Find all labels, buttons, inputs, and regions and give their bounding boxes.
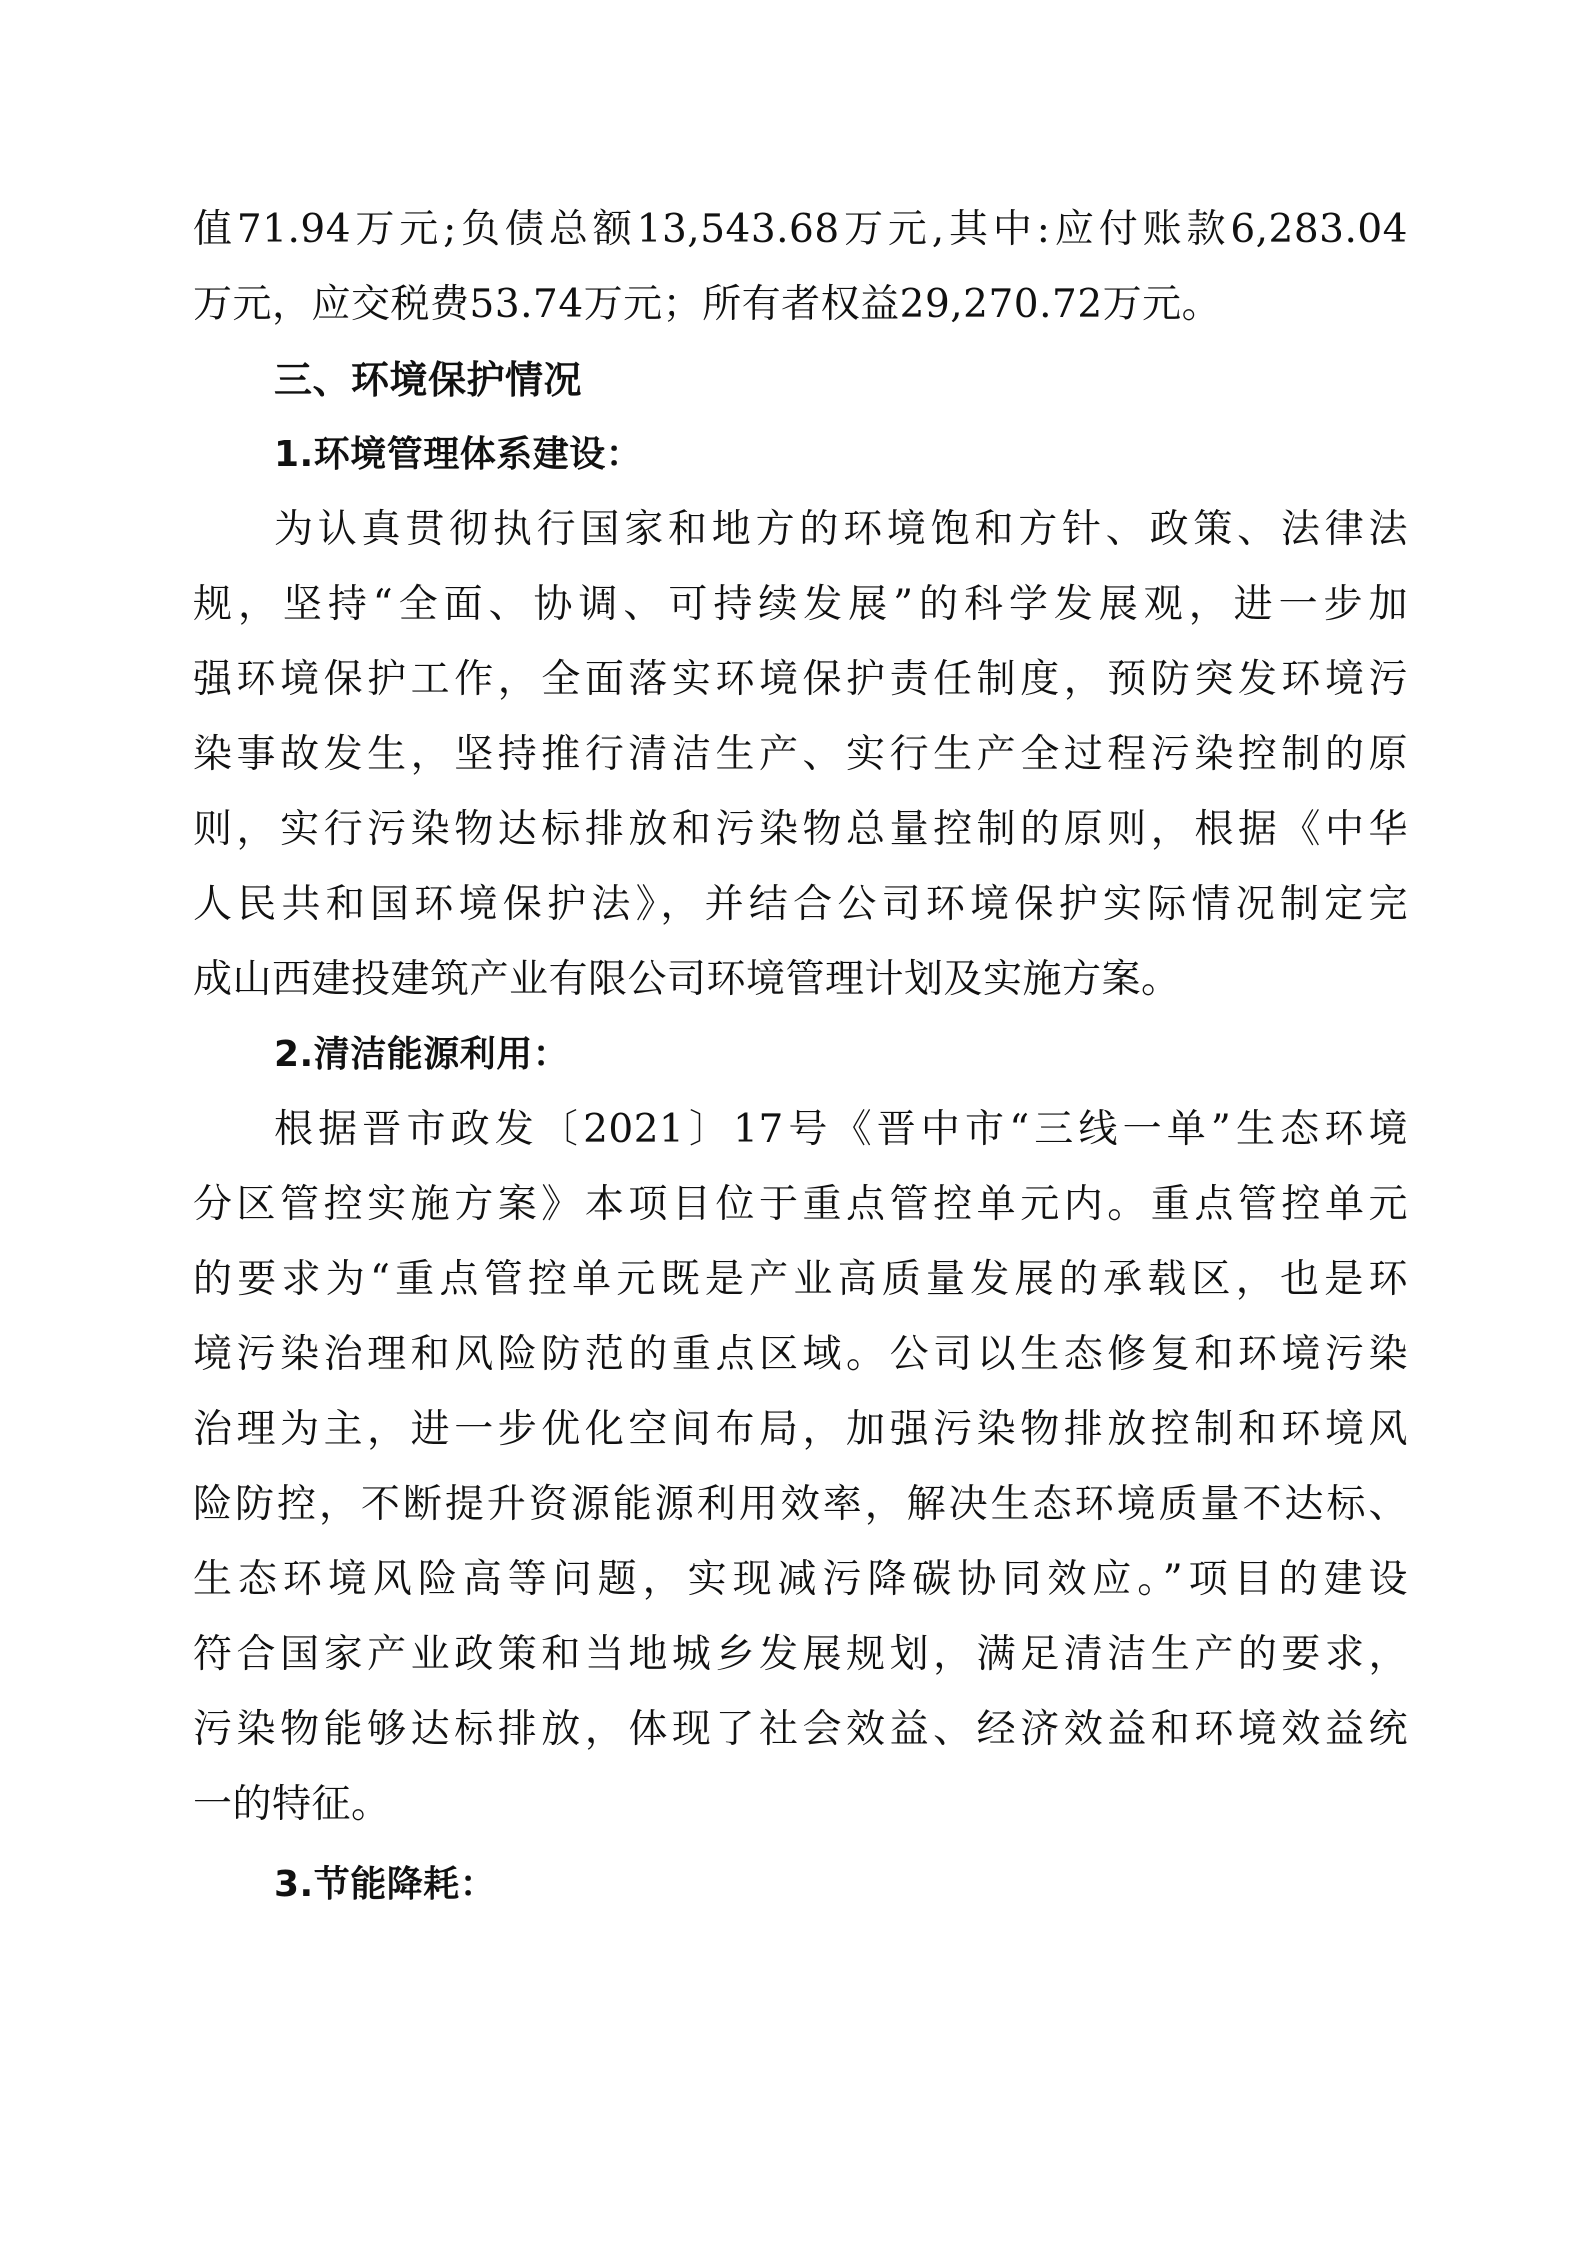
paragraph-line: 一的特征。: [193, 1775, 391, 1835]
subsection-title-3: 3.节能降耗：: [274, 1855, 496, 1915]
paragraph-line: 成山西建投建筑产业有限公司环境管理计划及实施方案。: [193, 950, 1181, 1010]
intro-line-2: 万元，应交税费53.74万元；所有者权益29,270.72万元。: [193, 275, 1221, 335]
paragraph-line: 染事故发生，坚持推行清洁生产、实行生产全过程污染控制的原: [193, 725, 1408, 785]
paragraph-line: 分区管控实施方案》本项目位于重点管控单元内。重点管控单元: [193, 1175, 1408, 1235]
paragraph-line: 治理为主，进一步优化空间布局，加强污染物排放控制和环境风: [193, 1400, 1408, 1460]
paragraph-line: 符合国家产业政策和当地城乡发展规划，满足清洁生产的要求，: [193, 1625, 1408, 1685]
paragraph-line: 根据晋市政发〔2021〕17号《晋中市“三线一单”生态环境: [274, 1100, 1408, 1160]
paragraph-line: 人民共和国环境保护法》，并结合公司环境保护实际情况制定完: [193, 875, 1408, 935]
intro-line-1: 值71.94万元;负债总额13,543.68万元,其中:应付账款6,283.04: [193, 200, 1408, 260]
subsection-title-1: 1.环境管理体系建设：: [274, 425, 642, 485]
paragraph-line: 生态环境风险高等问题，实现减污降碳协同效应。”项目的建设: [193, 1550, 1408, 1610]
paragraph-line: 强环境保护工作，全面落实环境保护责任制度，预防突发环境污: [193, 650, 1408, 710]
paragraph-line: 境污染治理和风险防范的重点区域。公司以生态修复和环境污染: [193, 1325, 1408, 1385]
paragraph-line: 的要求为“重点管控单元既是产业高质量发展的承载区，也是环: [193, 1250, 1408, 1310]
paragraph-line: 险防控，不断提升资源能源利用效率，解决生态环境质量不达标、: [193, 1475, 1408, 1535]
paragraph-line: 污染物能够达标排放，体现了社会效益、经济效益和环境效益统: [193, 1700, 1408, 1760]
paragraph-line: 则，实行污染物达标排放和污染物总量控制的原则，根据《中华: [193, 800, 1408, 860]
section-title: 三、环境保护情况: [274, 350, 582, 410]
subsection-title-2: 2.清洁能源利用：: [274, 1025, 569, 1085]
paragraph-line: 为认真贯彻执行国家和地方的环境饱和方针、政策、法律法: [274, 500, 1408, 560]
paragraph-line: 规，坚持“全面、协调、可持续发展”的科学发展观，进一步加: [193, 575, 1408, 635]
